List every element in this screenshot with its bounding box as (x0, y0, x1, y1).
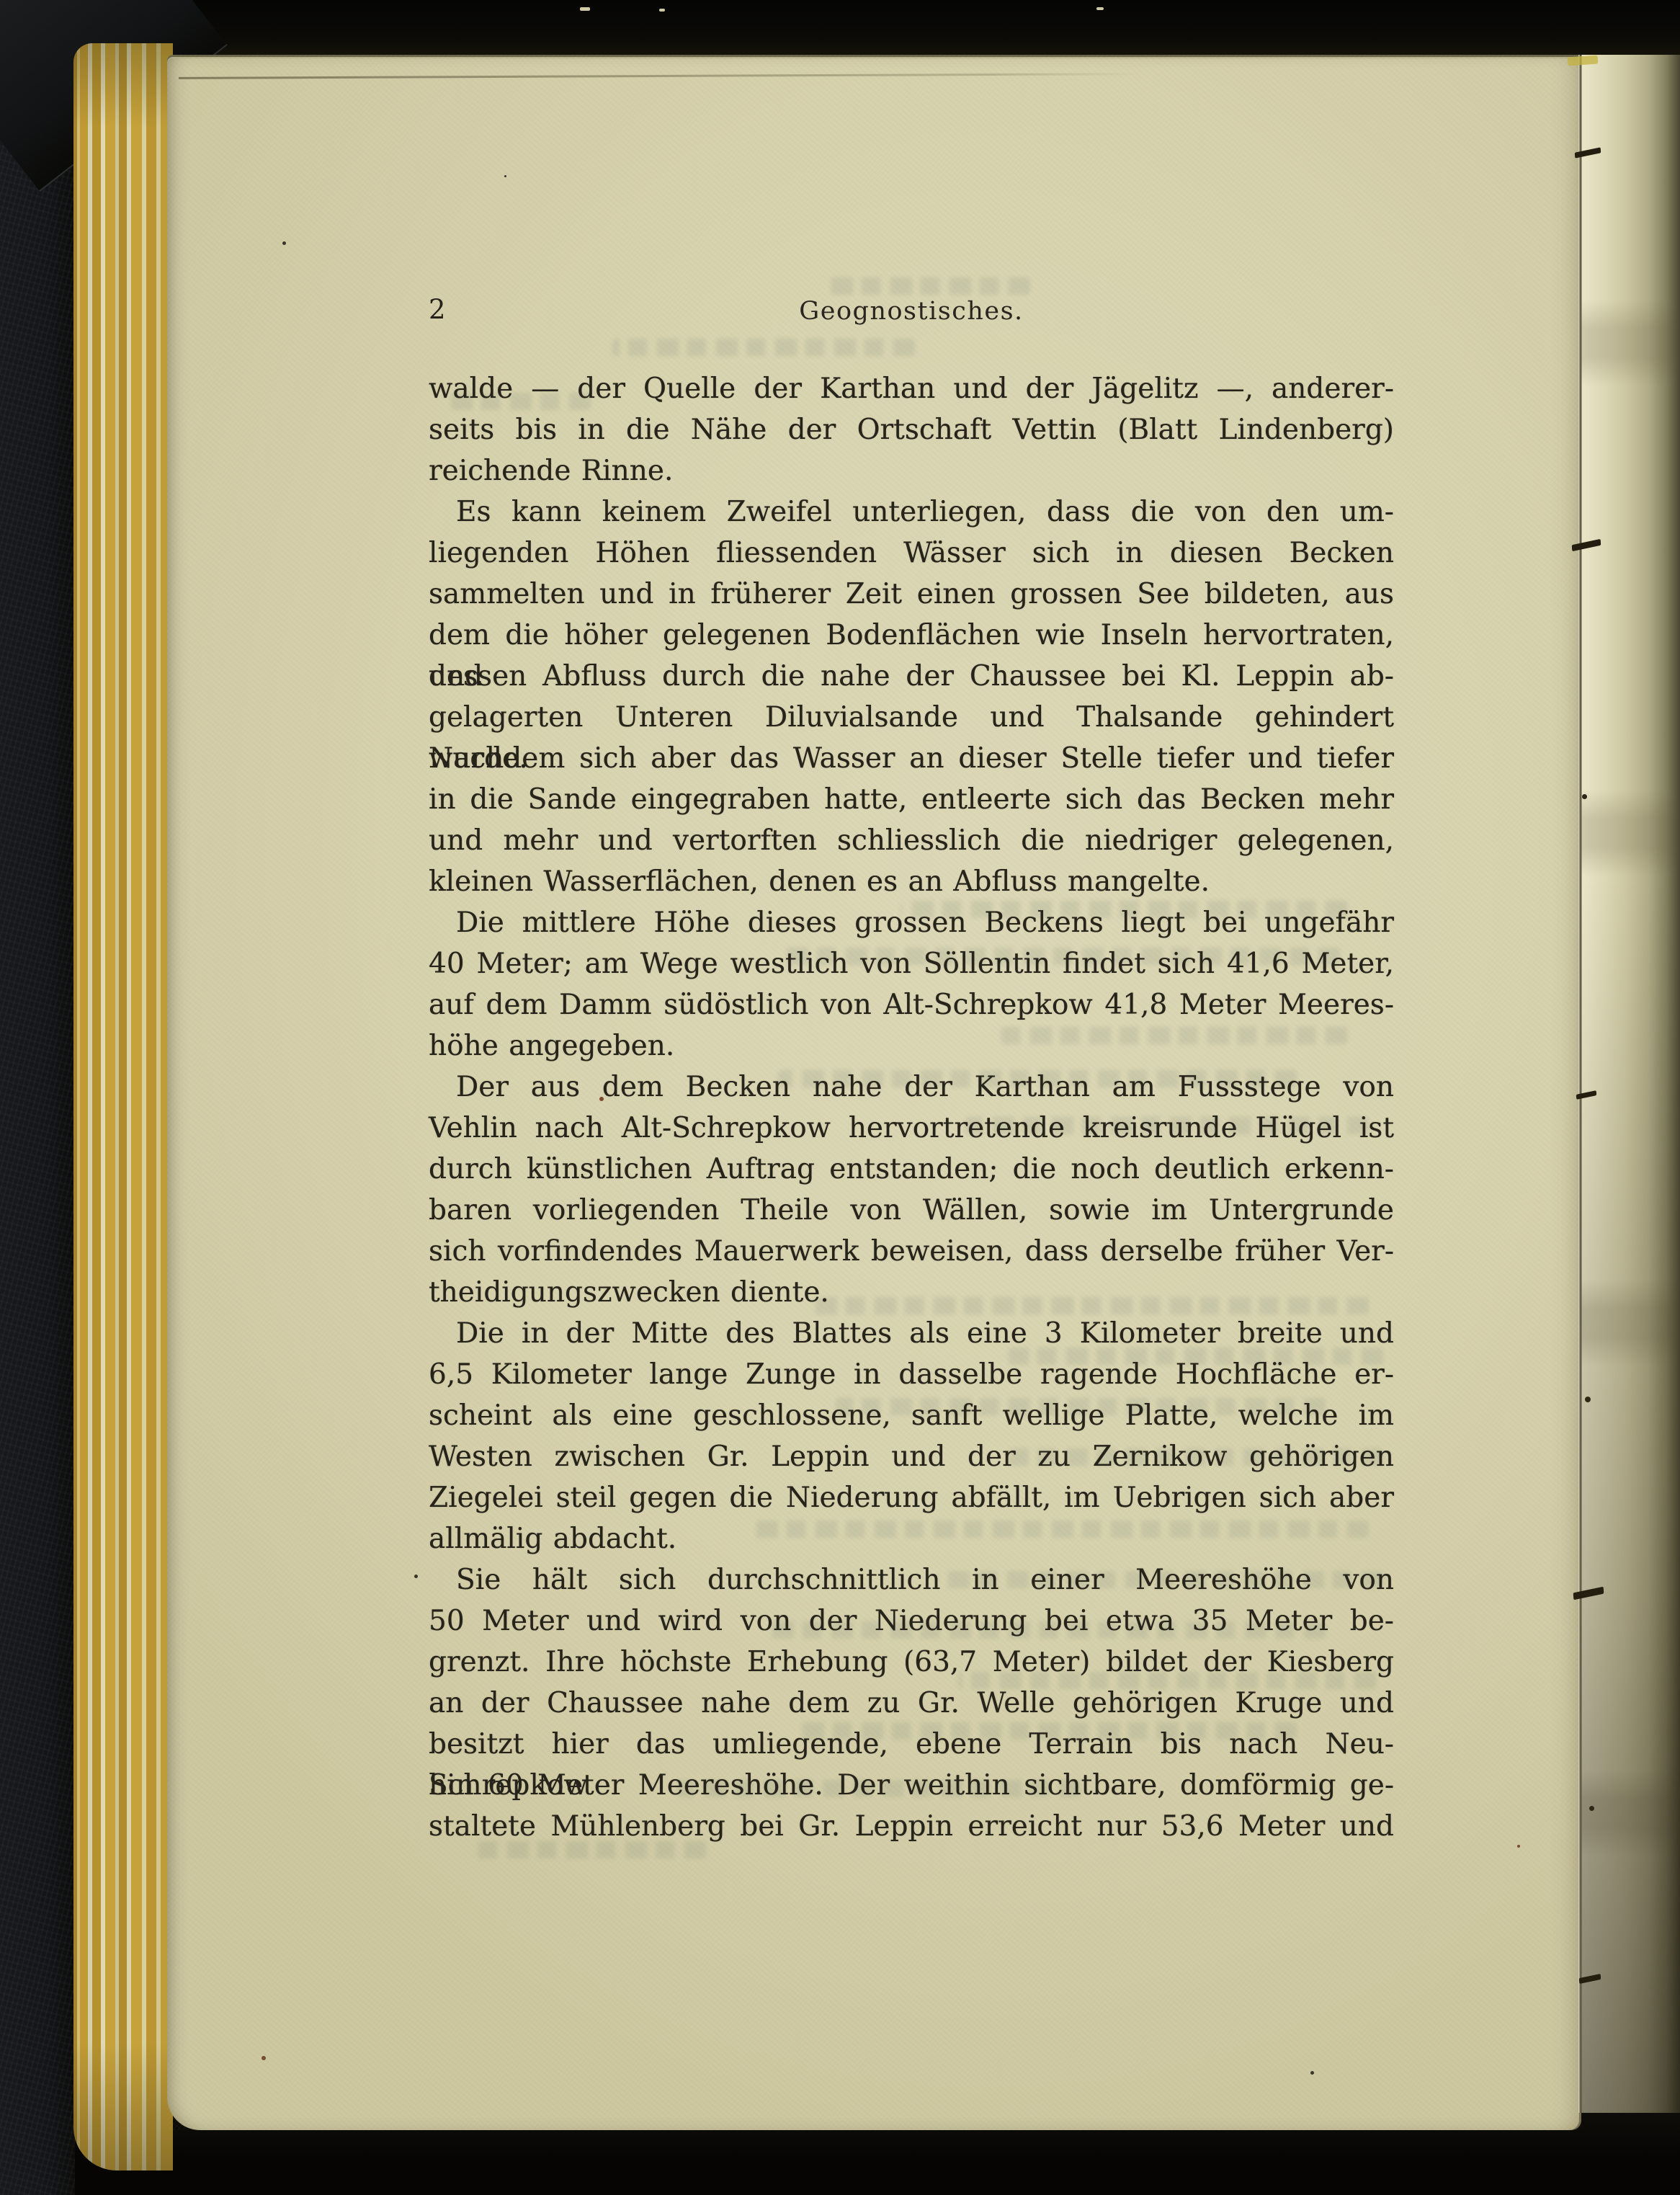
text-line: höhe angegeben. (429, 1025, 1394, 1067)
text-line: dem die höher gelegenen Bodenflächen wie… (429, 615, 1394, 656)
paper-speck (282, 241, 286, 245)
text-line: reichende Rinne. (429, 450, 1394, 491)
text-line: kleinen Wasserflächen, denen es an Abflu… (429, 861, 1394, 902)
stitch-mark (1582, 794, 1587, 799)
paper-speck (1517, 1845, 1520, 1848)
scanned-book-page: 2 Geognostisches. walde — der Quelle der… (0, 0, 1680, 2195)
text-line: durch künstlichen Auftrag entstanden; di… (429, 1149, 1394, 1190)
text-line: 50 Meter und wird von der Niederung bei … (429, 1600, 1394, 1642)
background-top (0, 0, 1680, 55)
paper-speck (414, 1575, 418, 1578)
text-line: baren vorliegenden Theile von Wällen, so… (429, 1190, 1394, 1231)
stitch-mark (1589, 1806, 1594, 1811)
text-line: grenzt. Ihre höchste Erhebung (63,7 Mete… (429, 1642, 1394, 1683)
paper-speck (262, 2056, 266, 2060)
paper-speck (1310, 2071, 1314, 2075)
text-line: dessen Abfluss durch die nahe der Chauss… (429, 656, 1394, 697)
text-line: besitzt hier das umliegende, ebene Terra… (429, 1724, 1394, 1765)
text-line: Westen zwischen Gr. Leppin und der zu Ze… (429, 1436, 1394, 1477)
page-gutter-crease (1578, 55, 1582, 2113)
text-line: Es kann keinem Zweifel unterliegen, dass… (429, 491, 1394, 533)
next-page-edge (1581, 55, 1680, 2113)
text-line: seits bis in die Nähe der Ortschaft Vett… (429, 409, 1394, 450)
text-line: Der aus dem Becken nahe der Karthan am F… (429, 1067, 1394, 1108)
page-edge-stack (73, 43, 173, 2170)
paper-speck (504, 175, 506, 177)
text-line: in die Sande eingegraben hatte, entleert… (429, 779, 1394, 820)
dust-speck (580, 7, 590, 11)
text-line: theidigungszwecken diente. (429, 1272, 1394, 1313)
text-line: Ziegelei steil gegen die Niederung abfäl… (429, 1477, 1394, 1518)
text-line: scheint als eine geschlossene, sanft wel… (429, 1395, 1394, 1436)
text-line: 40 Meter; am Wege westlich von Söllentin… (429, 943, 1394, 984)
text-line: walde — der Quelle der Karthan und der J… (429, 368, 1394, 409)
text-line: gelagerten Unteren Diluvialsande und Tha… (429, 697, 1394, 738)
ghost-showthrough (612, 339, 915, 356)
text-line: 6,5 Kilometer lange Zunge in dasselbe ra… (429, 1354, 1394, 1395)
text-line: Die mittlere Höhe dieses grossen Beckens… (429, 902, 1394, 943)
ghost-showthrough (828, 277, 1030, 295)
book-cover-edge (0, 0, 75, 2195)
text-line: an der Chaussee nahe dem zu Gr. Welle ge… (429, 1683, 1394, 1724)
text-line: hin 60 Meter Meereshöhe. Der weithin sic… (429, 1765, 1394, 1806)
stitch-mark (1585, 1397, 1591, 1402)
text-line: allmälig abdacht. (429, 1518, 1394, 1559)
text-line: staltete Mühlenberg bei Gr. Leppin errei… (429, 1806, 1394, 1847)
text-line: liegenden Höhen fliessenden Wässer sich … (429, 533, 1394, 574)
text-line: Nachdem sich aber das Wasser an dieser S… (429, 738, 1394, 779)
text-line: sich vorfindendes Mauerwerk beweisen, da… (429, 1231, 1394, 1272)
text-line: und mehr und vertorften schliesslich die… (429, 820, 1394, 861)
dust-speck (659, 9, 665, 12)
text-line: sammelten und in früherer Zeit einen gro… (429, 574, 1394, 615)
running-header: Geognostisches. (429, 297, 1394, 333)
text-line: Sie hält sich durchschnittlich in einer … (429, 1559, 1394, 1600)
text-line: Vehlin nach Alt-Schrepkow hervortretende… (429, 1108, 1394, 1149)
text-line: Die in der Mitte des Blattes als eine 3 … (429, 1313, 1394, 1354)
text-line: auf dem Damm südöstlich von Alt-Schrepko… (429, 984, 1394, 1025)
text-block: walde — der Quelle der Karthan und der J… (429, 368, 1394, 1847)
dust-speck (1096, 7, 1104, 10)
